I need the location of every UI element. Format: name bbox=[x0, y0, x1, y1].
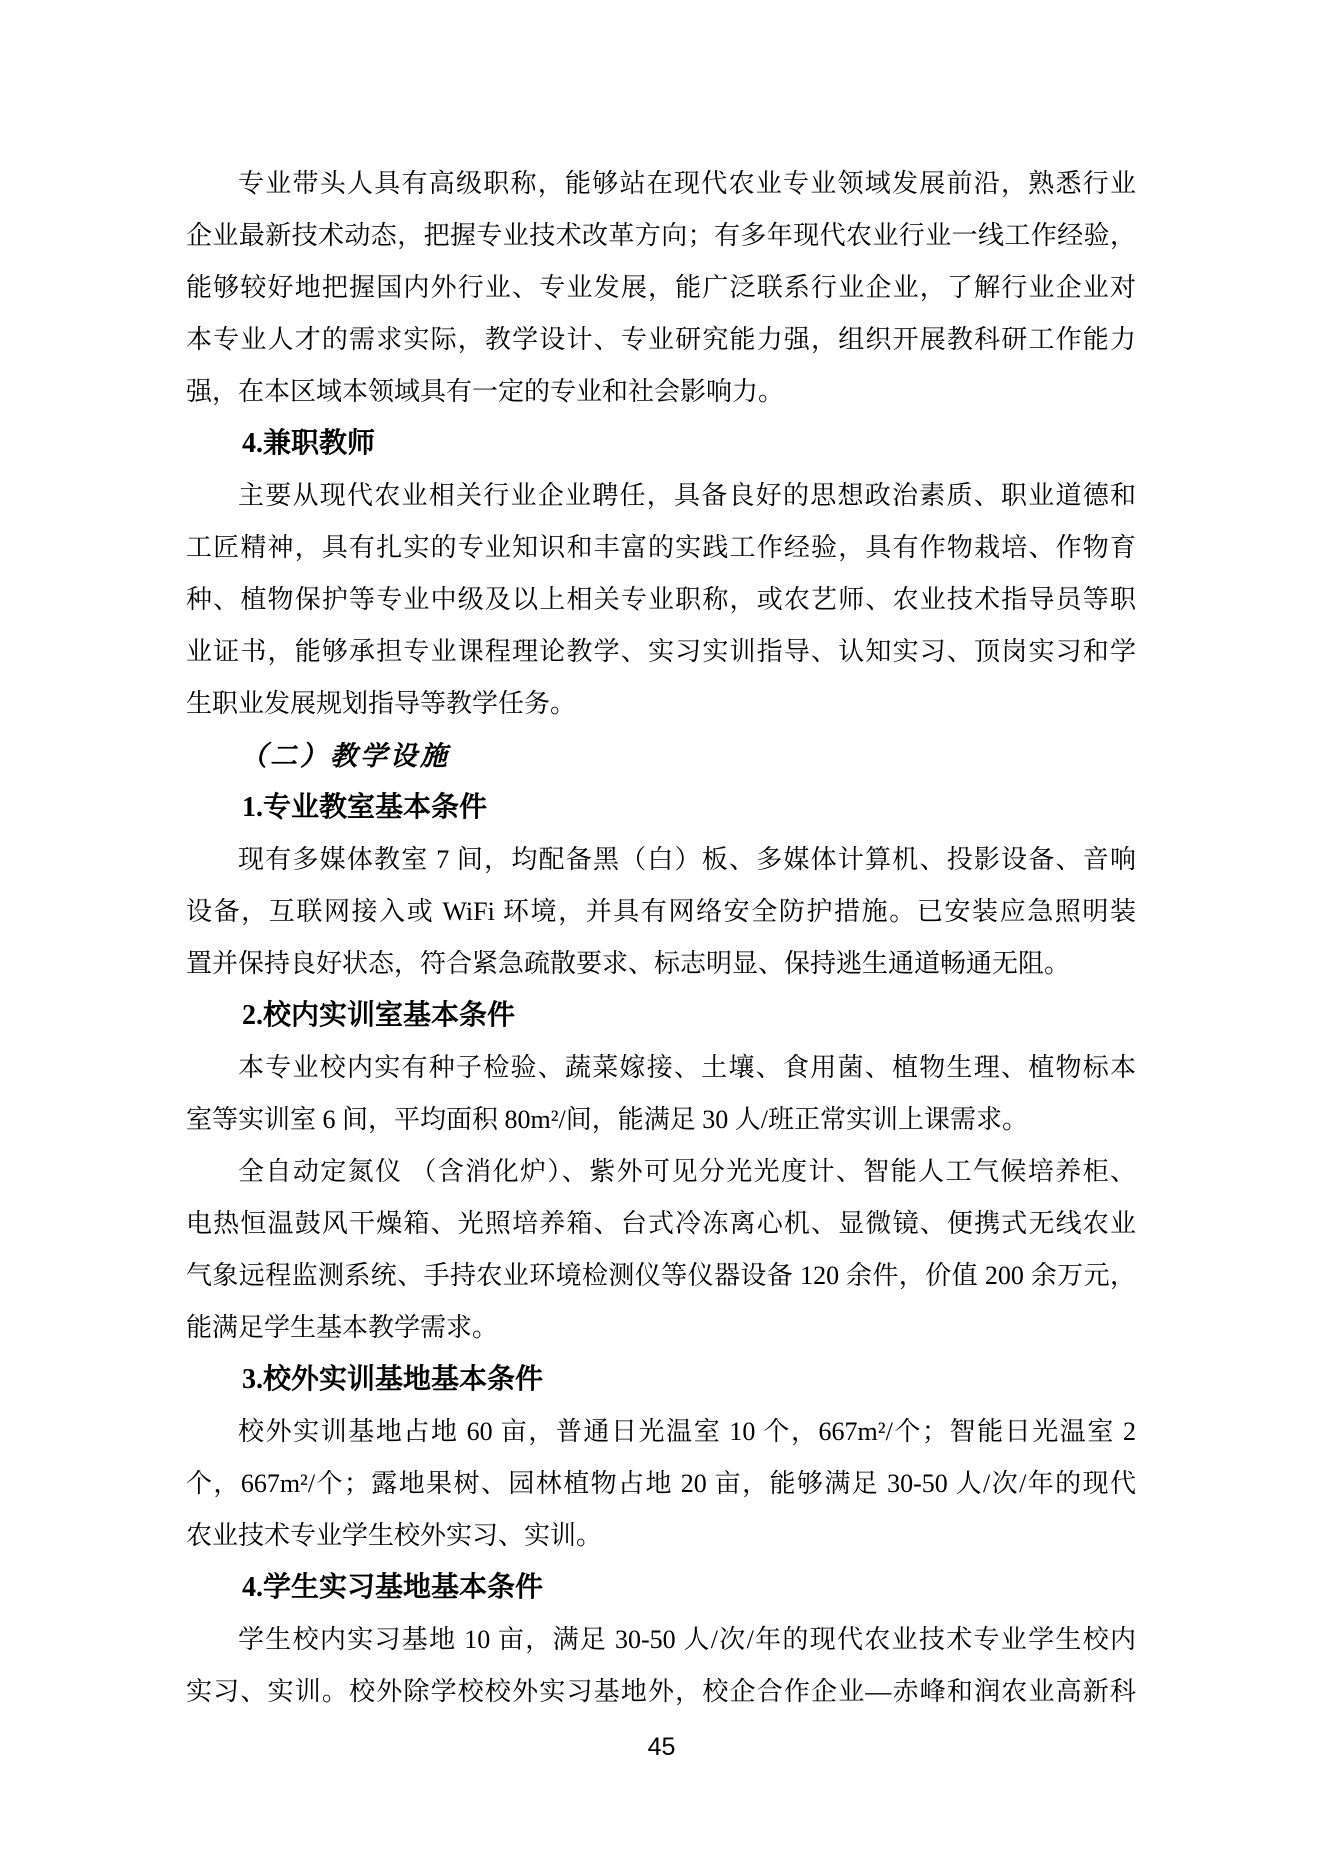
text-line: 气象远程监测系统、手持农业环境检测仪等仪器设备 120 余件，价值 200 余万… bbox=[186, 1250, 1136, 1302]
text-line: 强，在本区域本领域具有一定的专业和社会影响力。 bbox=[186, 366, 1136, 418]
text-line: 本专业人才的需求实际，教学设计、专业研究能力强，组织开展教科研工作能力 bbox=[186, 314, 1136, 366]
section-heading-campus-training-rooms: 2.校内实训室基本条件 bbox=[186, 990, 1136, 1042]
text-line: 业证书，能够承担专业课程理论教学、实习实训指导、认知实习、顶岗实习和学 bbox=[186, 626, 1136, 678]
text-line: 全自动定氮仪 （含消化炉）、紫外可见分光光度计、智能人工气候培养柜、 bbox=[186, 1146, 1136, 1198]
paragraph-equipment-list: 全自动定氮仪 （含消化炉）、紫外可见分光光度计、智能人工气候培养柜、 电热恒温鼓… bbox=[186, 1146, 1136, 1354]
paragraph-campus-training-rooms: 本专业校内实有种子检验、蔬菜嫁接、土壤、食用菌、植物生理、植物标本 室等实训室 … bbox=[186, 1042, 1136, 1146]
text-line: 能够较好地把握国内外行业、专业发展，能广泛联系行业企业，了解行业企业对 bbox=[186, 262, 1136, 314]
text-line: 本专业校内实有种子检验、蔬菜嫁接、土壤、食用菌、植物生理、植物标本 bbox=[186, 1042, 1136, 1094]
section-heading-part-time-teachers: 4.兼职教师 bbox=[186, 418, 1136, 470]
text-line: 主要从现代农业相关行业企业聘任，具备良好的思想政治素质、职业道德和 bbox=[186, 470, 1136, 522]
section-heading-student-internship-base: 4.学生实习基地基本条件 bbox=[186, 1562, 1136, 1614]
paragraph-classroom-conditions: 现有多媒体教室 7 间，均配备黑（白）板、多媒体计算机、投影设备、音响 设备，互… bbox=[186, 834, 1136, 990]
section-heading-classroom-conditions: 1.专业教室基本条件 bbox=[186, 782, 1136, 834]
text-line: 室等实训室 6 间，平均面积 80m²/间，能满足 30 人/班正常实训上课需求… bbox=[186, 1094, 1136, 1146]
paragraph-student-internship-base: 学生校内实习基地 10 亩，满足 30-50 人/次/年的现代农业技术专业学生校… bbox=[186, 1614, 1136, 1718]
page-number: 45 bbox=[0, 1732, 1323, 1762]
text-line: 能满足学生基本教学需求。 bbox=[186, 1302, 1136, 1354]
text-line: 置并保持良好状态，符合紧急疏散要求、标志明显、保持逃生通道畅通无阻。 bbox=[186, 938, 1136, 990]
text-line: 实习、实训。校外除学校校外实习基地外，校企合作企业—赤峰和润农业高新科 bbox=[186, 1666, 1136, 1718]
text-line: 现有多媒体教室 7 间，均配备黑（白）板、多媒体计算机、投影设备、音响 bbox=[186, 834, 1136, 886]
document-page: 专业带头人具有高级职称，能够站在现代农业专业领域发展前沿，熟悉行业 企业最新技术… bbox=[0, 0, 1323, 1871]
text-line: 个，667m²/个；露地果树、园林植物占地 20 亩，能够满足 30-50 人/… bbox=[186, 1458, 1136, 1510]
text-line: 设备，互联网接入或 WiFi 环境，并具有网络安全防护措施。已安装应急照明装 bbox=[186, 886, 1136, 938]
text-line: 种、植物保护等专业中级及以上相关专业职称，或农艺师、农业技术指导员等职 bbox=[186, 574, 1136, 626]
document-body: 专业带头人具有高级职称，能够站在现代农业专业领域发展前沿，熟悉行业 企业最新技术… bbox=[186, 158, 1136, 1718]
text-line: 企业最新技术动态，把握专业技术改革方向；有多年现代农业行业一线工作经验， bbox=[186, 210, 1136, 262]
paragraph-part-time-teachers: 主要从现代农业相关行业企业聘任，具备良好的思想政治素质、职业道德和 工匠精神，具… bbox=[186, 470, 1136, 730]
text-line: 校外实训基地占地 60 亩，普通日光温室 10 个，667m²/个；智能日光温室… bbox=[186, 1406, 1136, 1458]
paragraph-offcampus-training-base: 校外实训基地占地 60 亩，普通日光温室 10 个，667m²/个；智能日光温室… bbox=[186, 1406, 1136, 1562]
text-line: 专业带头人具有高级职称，能够站在现代农业专业领域发展前沿，熟悉行业 bbox=[186, 158, 1136, 210]
text-line: 学生校内实习基地 10 亩，满足 30-50 人/次/年的现代农业技术专业学生校… bbox=[186, 1614, 1136, 1666]
text-line: 生职业发展规划指导等教学任务。 bbox=[186, 678, 1136, 730]
text-line: 工匠精神，具有扎实的专业知识和丰富的实践工作经验，具有作物栽培、作物育 bbox=[186, 522, 1136, 574]
section-heading-offcampus-training-base: 3.校外实训基地基本条件 bbox=[186, 1354, 1136, 1406]
text-line: 农业技术专业学生校外实习、实训。 bbox=[186, 1510, 1136, 1562]
text-line: 电热恒温鼓风干燥箱、光照培养箱、台式冷冻离心机、显微镜、便携式无线农业 bbox=[186, 1198, 1136, 1250]
section-heading-teaching-facilities: （二）教学设施 bbox=[186, 730, 1136, 782]
paragraph-lead-teacher: 专业带头人具有高级职称，能够站在现代农业专业领域发展前沿，熟悉行业 企业最新技术… bbox=[186, 158, 1136, 418]
